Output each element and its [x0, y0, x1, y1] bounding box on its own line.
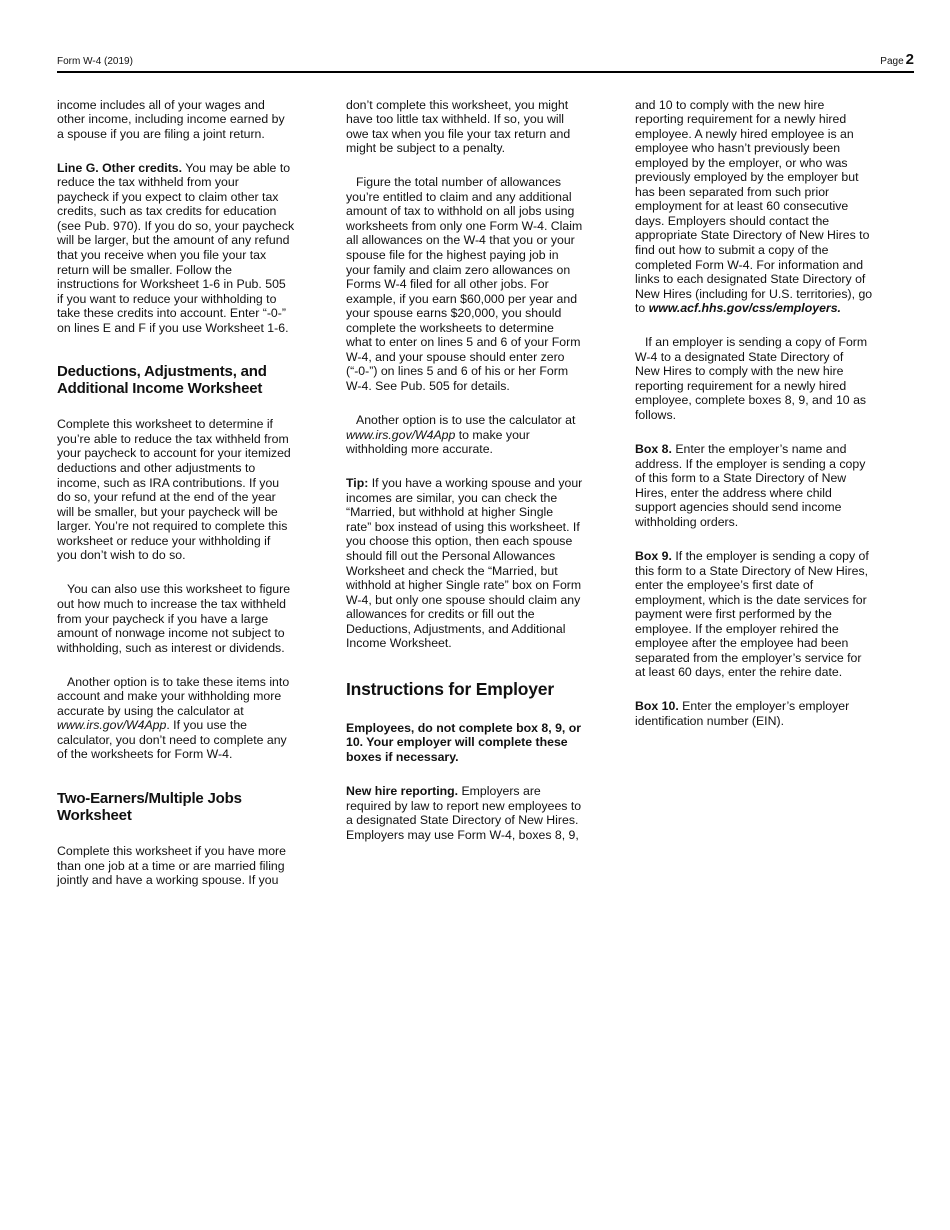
new-hire-continuation-text: and 10 to comply with the new hire repor… — [635, 98, 872, 316]
line-g-text: You may be able to reduce the tax withhe… — [57, 161, 294, 335]
calculator-option2-paragraph: Another option is to use the calculator … — [346, 413, 623, 457]
box-8-lead: Box 8. — [635, 442, 672, 456]
deductions-worksheet-heading: Deductions, Adjustments, and Additional … — [57, 363, 334, 397]
increase-withholding-paragraph: You can also use this worksheet to figur… — [57, 582, 334, 655]
tip-lead: Tip: — [346, 476, 368, 490]
three-column-layout: income includes all of your wages and ot… — [57, 83, 914, 902]
box-8-paragraph: Box 8. Enter the employer’s name and add… — [635, 442, 912, 529]
two-earners-worksheet-heading: Two-Earners/Multiple Jobs Worksheet — [57, 790, 334, 824]
box-9-lead: Box 9. — [635, 549, 672, 563]
employees-do-not-complete-paragraph: Employees, do not complete box 8, 9, or … — [346, 721, 623, 765]
new-hire-reporting-paragraph: New hire reporting. Employers are requir… — [346, 784, 623, 842]
header-rule — [57, 71, 914, 73]
irs-w4app-url-2: www.irs.gov/W4App — [346, 428, 455, 442]
line-g-other-credits-paragraph: Line G. Other credits. You may be able t… — [57, 161, 334, 336]
calculator-option2-pre: Another option is to use the calculator … — [356, 413, 575, 427]
page-indicator: Page2 — [880, 51, 914, 68]
column-left: income includes all of your wages and ot… — [57, 83, 334, 902]
box-10-paragraph: Box 10. Enter the employer’s employer id… — [635, 699, 912, 728]
wages-income-continuation-paragraph: income includes all of your wages and ot… — [57, 98, 334, 142]
sending-copy-paragraph: If an employer is sending a copy of Form… — [635, 335, 912, 422]
irs-w4app-url: www.irs.gov/W4App — [57, 718, 166, 732]
deductions-worksheet-intro-paragraph: Complete this worksheet to determine if … — [57, 417, 334, 562]
page-header: Form W-4 (2019) Page2 — [57, 51, 914, 68]
instructions-for-employer-heading: Instructions for Employer — [346, 679, 623, 699]
form-id: Form W-4 (2019) — [57, 56, 133, 67]
box-9-paragraph: Box 9. If the employer is sending a copy… — [635, 549, 912, 680]
box-9-text: If the employer is sending a copy of thi… — [635, 549, 869, 679]
new-hire-reporting-lead: New hire reporting. — [346, 784, 458, 798]
penalty-continuation-paragraph: don’t complete this worksheet, you might… — [346, 98, 623, 156]
box-10-lead: Box 10. — [635, 699, 679, 713]
figure-allowances-paragraph: Figure the total number of allowances yo… — [346, 175, 623, 393]
tip-paragraph: Tip: If you have a working spouse and yo… — [346, 476, 623, 651]
tip-text: If you have a working spouse and your in… — [346, 476, 582, 650]
two-earners-intro-paragraph: Complete this worksheet if you have more… — [57, 844, 334, 888]
page-label: Page — [880, 56, 903, 67]
column-middle: don’t complete this worksheet, you might… — [346, 83, 623, 902]
column-right: and 10 to comply with the new hire repor… — [635, 83, 912, 902]
page-number: 2 — [906, 51, 914, 68]
line-g-lead: Line G. Other credits. — [57, 161, 182, 175]
calculator-option-pre: Another option is to take these items in… — [57, 675, 289, 718]
acf-hhs-url: www.acf.hhs.gov/css/employers. — [649, 301, 841, 315]
new-hire-continuation-paragraph: and 10 to comply with the new hire repor… — [635, 98, 912, 316]
calculator-option-paragraph: Another option is to take these items in… — [57, 675, 334, 762]
form-w4-page-2: Form W-4 (2019) Page2 income includes al… — [0, 0, 950, 1230]
